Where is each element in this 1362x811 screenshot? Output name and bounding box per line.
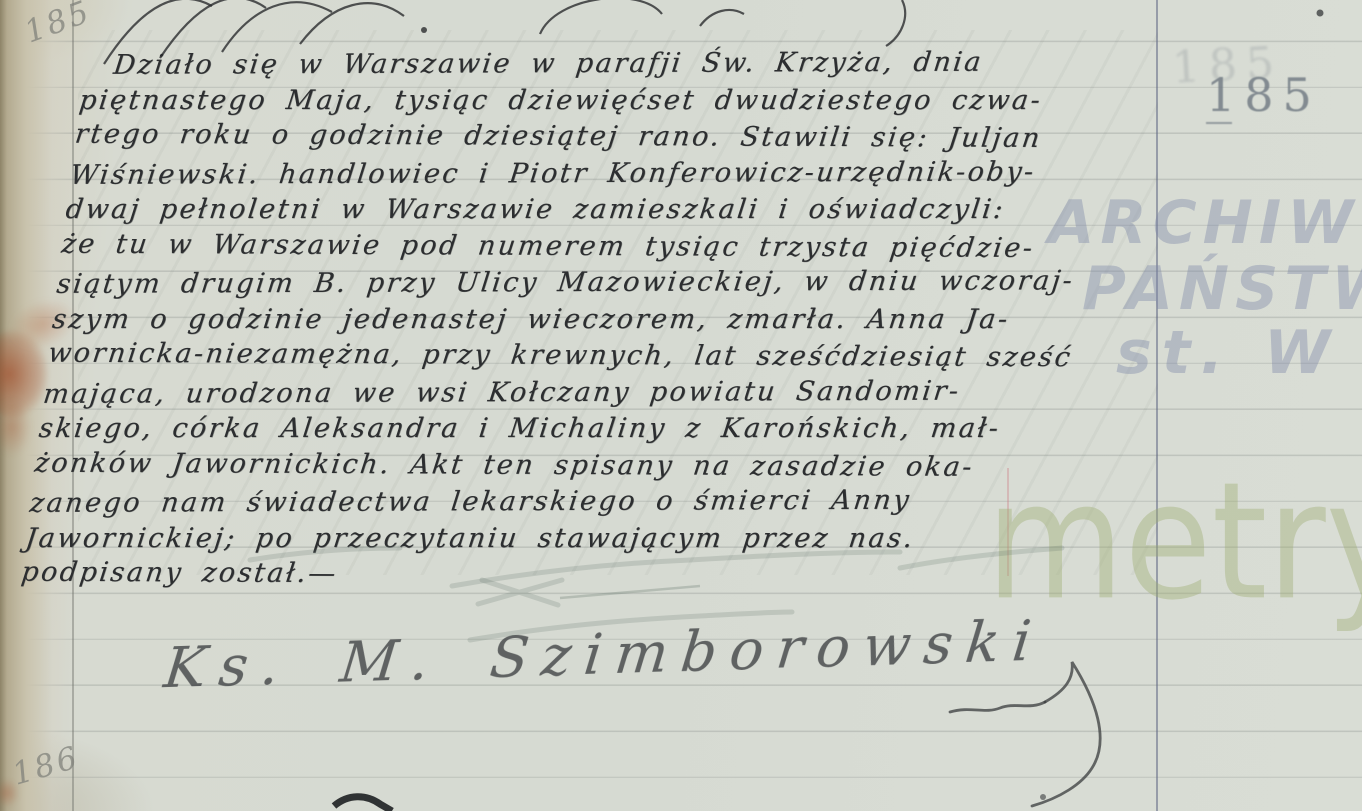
archive-watermark-line2: PAŃSTW <box>1082 254 1362 324</box>
record-line: skiego, córka Aleksandra i Michaliny z K… <box>37 411 1101 448</box>
archive-watermark-line3: st. W <box>1116 318 1340 388</box>
right-margin-line <box>1156 0 1158 811</box>
record-line: siątym drugim B. przy Ulicy Mazowieckiej… <box>54 263 1119 303</box>
record-line: żonków Jawornickich. Akt ten spisany na … <box>32 445 1096 486</box>
record-line: Wiśniewski. handlowiec i Piotr Konferowi… <box>68 154 1133 194</box>
record-number-stamp: 185 <box>1206 68 1321 122</box>
record-line: Działo się w Warszawie w parafji Św. Krz… <box>81 44 1146 84</box>
record-line: podpisany został.— <box>19 555 1083 596</box>
document-scan: ARCHIW PAŃSTW st. W metryki. 185 185 185… <box>0 0 1362 811</box>
record-line: rtego roku o godzinie dziesiątej rano. S… <box>73 117 1137 158</box>
record-line: zanego nam świadectwa lekarskiego o śmie… <box>28 482 1093 522</box>
record-line: wornicka-niezamężna, przy krewnych, lat … <box>46 336 1110 377</box>
record-text: Działo się w Warszawie w parafji Św. Krz… <box>19 46 1146 594</box>
record-line: dwaj pełnoletni w Warszawie zamieszkali … <box>64 192 1128 229</box>
record-line: Jawornickiej; po przeczytaniu stawającym… <box>23 521 1087 558</box>
record-line: piętnastego Maja, tysiąc dziewięćset dwu… <box>77 83 1141 120</box>
record-line: mająca, urodzona we wsi Kołczany powiatu… <box>41 373 1106 413</box>
record-line: że tu w Warszawie pod numerem tysiąc trz… <box>59 226 1123 267</box>
record-line: szym o godzinie jedenastej wieczorem, zm… <box>50 302 1114 339</box>
